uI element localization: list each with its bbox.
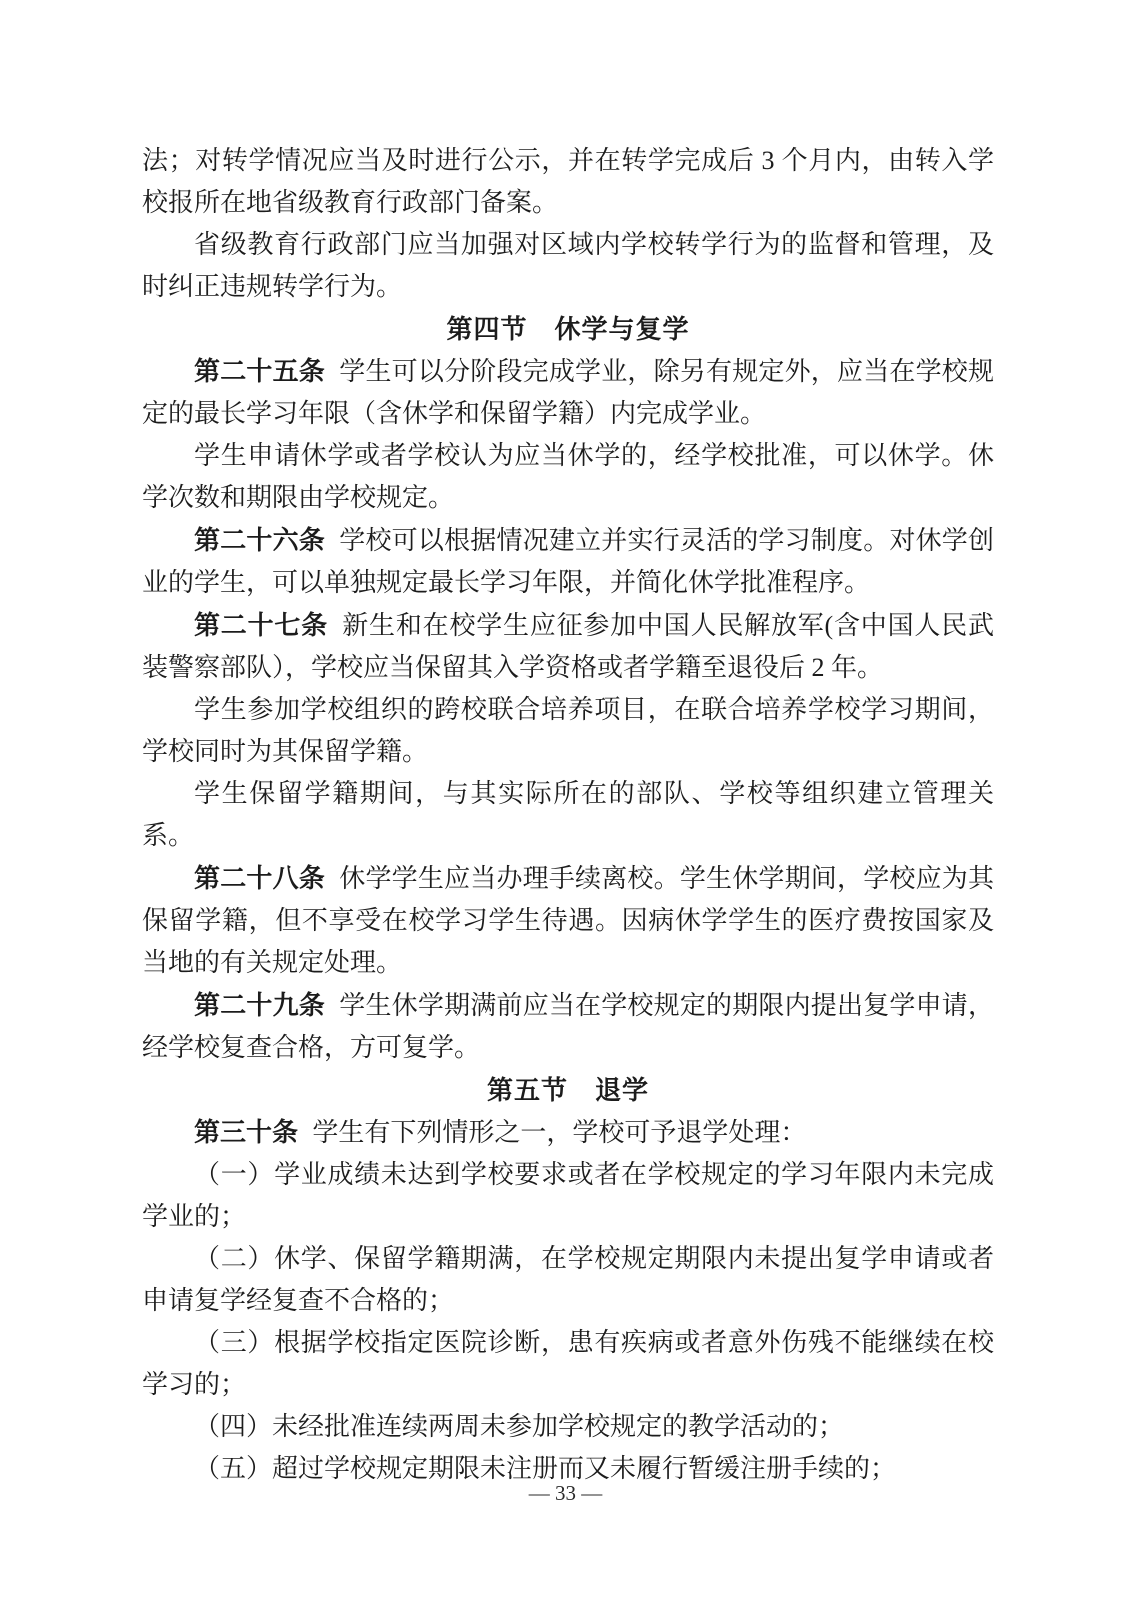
paragraph: （四）未经批准连续两周未参加学校规定的教学活动的；	[142, 1406, 994, 1448]
article-number-lead: 第二十六条	[194, 525, 325, 555]
paragraph: 第三十条学生有下列情形之一，学校可予退学处理：	[142, 1111, 994, 1154]
section-heading: 第五节 退学	[142, 1069, 994, 1111]
paragraph: 第二十六条学校可以根据情况建立并实行灵活的学习制度。对休学创业的学生，可以单独规…	[142, 519, 994, 604]
paragraph: 学生保留学籍期间，与其实际所在的部队、学校等组织建立管理关系。	[142, 773, 994, 857]
paragraph: （一）学业成绩未达到学校要求或者在学校规定的学习年限内未完成学业的；	[142, 1154, 994, 1238]
article-number-lead: 第二十九条	[194, 990, 325, 1020]
paragraph: （二）休学、保留学籍期满，在学校规定期限内未提出复学申请或者申请复学经复查不合格…	[142, 1238, 994, 1322]
paragraph: 学生参加学校组织的跨校联合培养项目，在联合培养学校学习期间，学校同时为其保留学籍…	[142, 689, 994, 773]
article-number-lead: 第二十八条	[194, 863, 325, 893]
paragraph: 第二十七条新生和在校学生应征参加中国人民解放军(含中国人民武装警察部队），学校应…	[142, 604, 994, 689]
article-number-lead: 第二十七条	[194, 610, 328, 640]
article-number-lead: 第二十五条	[194, 356, 325, 386]
paragraph: 学生申请休学或者学校认为应当休学的，经学校批准，可以休学。休学次数和期限由学校规…	[142, 435, 994, 519]
page-content: 法；对转学情况应当及时进行公示，并在转学完成后 3 个月内，由转入学校报所在地省…	[142, 140, 994, 1490]
section-heading: 第四节 休学与复学	[142, 308, 994, 350]
paragraph-text: 学生有下列情形之一，学校可予退学处理：	[312, 1118, 806, 1147]
document-page: 法；对转学情况应当及时进行公示，并在转学完成后 3 个月内，由转入学校报所在地省…	[0, 0, 1131, 1600]
paragraph: 第二十五条学生可以分阶段完成学业，除另有规定外，应当在学校规定的最长学习年限（含…	[142, 350, 994, 435]
paragraph: 第二十九条学生休学期满前应当在学校规定的期限内提出复学申请，经学校复查合格，方可…	[142, 984, 994, 1069]
paragraph: （三）根据学校指定医院诊断，患有疾病或者意外伤残不能继续在校学习的；	[142, 1322, 994, 1406]
page-footer: — 33 —	[0, 1478, 1131, 1508]
paragraph: 第二十八条休学学生应当办理手续离校。学生休学期间，学校应为其保留学籍，但不享受在…	[142, 857, 994, 984]
page-number: — 33 —	[529, 1481, 603, 1505]
article-number-lead: 第三十条	[194, 1117, 298, 1147]
paragraph: 省级教育行政部门应当加强对区域内学校转学行为的监督和管理，及时纠正违规转学行为。	[142, 224, 994, 308]
paragraph: 法；对转学情况应当及时进行公示，并在转学完成后 3 个月内，由转入学校报所在地省…	[142, 140, 994, 224]
